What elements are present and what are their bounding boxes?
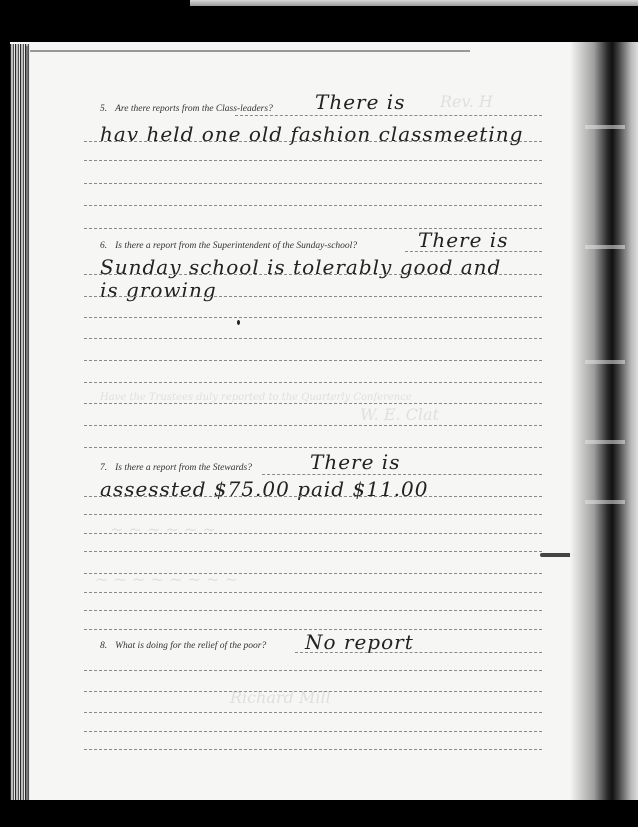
ruled-line	[84, 382, 542, 383]
ruled-line	[84, 496, 542, 497]
ruled-line	[84, 551, 542, 552]
ruled-line	[84, 712, 542, 713]
bleed-through-text: Rev. H	[440, 92, 493, 111]
handwritten-answer: There is	[310, 450, 400, 474]
ruled-line	[84, 160, 542, 161]
ruled-line	[262, 474, 542, 475]
ruled-line	[84, 338, 542, 339]
gutter-highlight	[585, 245, 625, 249]
ruled-line	[84, 610, 542, 611]
ruled-line	[84, 749, 542, 750]
handwritten-answer: There is	[418, 228, 508, 252]
bottom-shadow	[10, 800, 638, 827]
bleed-through-text: W. E. Clat	[360, 405, 439, 424]
ruled-line	[84, 317, 542, 318]
ruled-line	[84, 141, 542, 142]
ruled-line	[84, 592, 542, 593]
question-5: 5.Are there reports from the Class-leade…	[100, 104, 273, 114]
adjacent-page-edge	[190, 0, 638, 6]
gutter-highlight	[585, 360, 625, 364]
question-number: 5.	[100, 104, 107, 114]
question-text: Is there a report from the Superintenden…	[115, 241, 357, 251]
ruled-line	[84, 183, 542, 184]
handwritten-answer-line: Sunday school is tolerably good and	[100, 255, 501, 279]
ruled-line	[84, 514, 542, 515]
bleed-through-text: Have the Trustees duly reported to the Q…	[100, 392, 412, 403]
handwritten-answer-line: assessted $75.00 paid $11.00	[100, 477, 428, 501]
question-number: 8.	[100, 641, 107, 651]
ruled-line	[84, 447, 542, 448]
question-text: What is doing for the relief of the poor…	[115, 641, 266, 651]
bleed-through-text: ~ ~ ~ ~ ~ ~	[110, 520, 216, 539]
ruled-line	[84, 403, 542, 404]
gutter-highlight	[585, 440, 625, 444]
ruled-line	[84, 205, 542, 206]
ruled-line	[84, 670, 542, 671]
handwritten-answer-line: is growing	[100, 278, 217, 302]
ruled-line	[84, 533, 542, 534]
page-margin-line	[26, 46, 28, 806]
ruled-line	[84, 274, 542, 275]
question-6: 6.Is there a report from the Superintend…	[100, 241, 357, 251]
question-8: 8.What is doing for the relief of the po…	[100, 641, 266, 651]
ruled-line	[84, 691, 542, 692]
question-text: Are there reports from the Class-leaders…	[115, 104, 273, 114]
top-border-rule	[30, 50, 470, 52]
ruled-line	[84, 296, 542, 297]
ink-speck	[237, 320, 240, 325]
handwritten-answer: There is	[315, 90, 405, 114]
gutter-highlight	[585, 500, 625, 504]
ruled-line	[405, 251, 542, 252]
ruled-line	[84, 731, 542, 732]
question-number: 6.	[100, 241, 107, 251]
question-7: 7.Is there a report from the Stewards?	[100, 463, 252, 473]
ink-smudge	[540, 553, 574, 557]
ruled-line	[295, 652, 542, 653]
handwritten-answer-line: hav held one old fashion classmeeting	[100, 122, 523, 146]
ruled-line	[84, 360, 542, 361]
ruled-line	[235, 115, 542, 116]
ruled-line	[84, 573, 542, 574]
ruled-line	[84, 425, 542, 426]
book-gutter-shadow	[570, 42, 638, 812]
gutter-highlight	[585, 125, 625, 129]
question-number: 7.	[100, 463, 107, 473]
handwritten-answer: No report	[305, 630, 414, 654]
question-text: Is there a report from the Stewards?	[115, 463, 252, 473]
